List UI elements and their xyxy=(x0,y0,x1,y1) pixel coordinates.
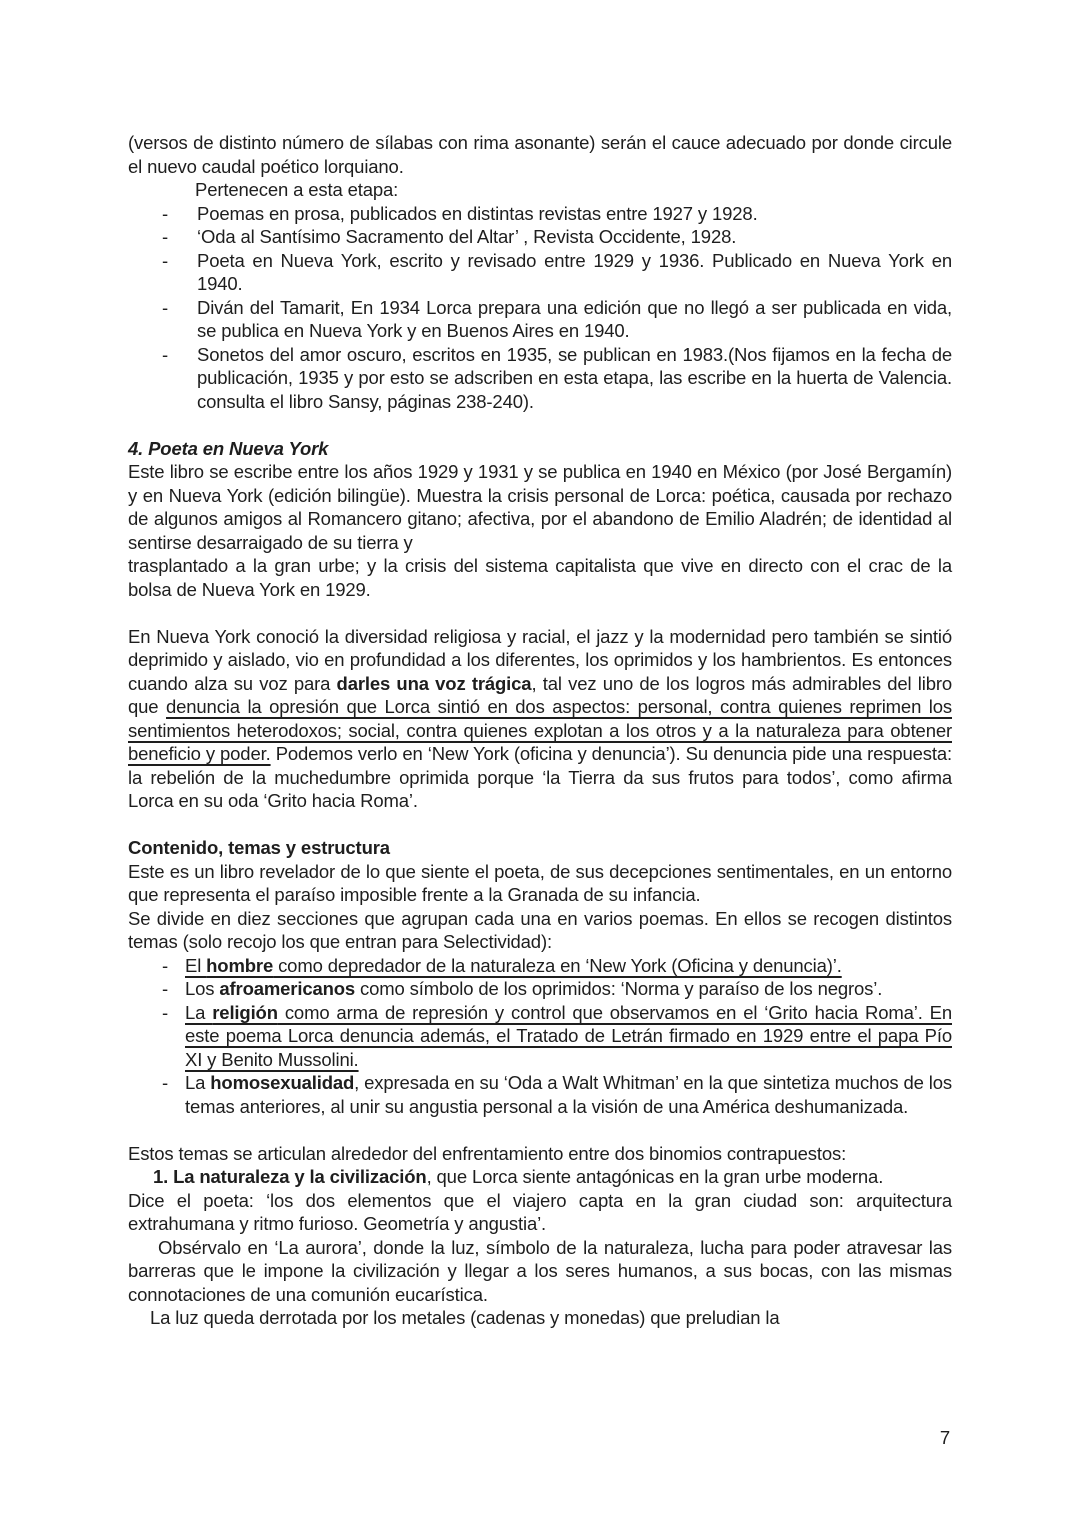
list-item: -La religión como arma de represión y co… xyxy=(128,1001,952,1072)
text-segment: Dice el poeta: ‘los dos elementos que el… xyxy=(128,1190,952,1235)
text-segment: La luz queda derrotada por los metales (… xyxy=(150,1307,779,1328)
bullet-marker: - xyxy=(162,225,168,249)
text-segment: hombre xyxy=(206,955,273,976)
page-number: 7 xyxy=(940,1426,950,1450)
text-segment: Este libro se escribe entre los años 192… xyxy=(128,461,952,553)
paragraph: Obsérvalo en ‘La aurora’, donde la luz, … xyxy=(128,1236,952,1307)
bullet-marker: - xyxy=(162,977,168,1001)
text-segment: 4. Poeta en Nueva York xyxy=(128,438,328,459)
bullet-marker: - xyxy=(162,249,168,273)
list-item: -Los afroamericanos como símbolo de los … xyxy=(128,977,952,1001)
text-segment: como arma de represión y control que obs… xyxy=(185,1002,952,1070)
blank-line xyxy=(128,1118,952,1142)
paragraph: 1. La naturaleza y la civilización, que … xyxy=(128,1165,952,1189)
bullet-marker: - xyxy=(162,1071,168,1095)
paragraph: Estos temas se articulan alrededor del e… xyxy=(128,1142,952,1166)
text-segment: La xyxy=(185,1072,210,1093)
list-item: -Poeta en Nueva York, escrito y revisado… xyxy=(128,249,952,296)
paragraph: Se divide en diez secciones que agrupan … xyxy=(128,907,952,954)
text-segment: (versos de distinto número de sílabas co… xyxy=(128,132,952,177)
paragraph: Este libro se escribe entre los años 192… xyxy=(128,460,952,601)
text-segment: Contenido, temas y estructura xyxy=(128,837,390,858)
list-item: -Sonetos del amor oscuro, escritos en 19… xyxy=(128,343,952,414)
section-heading: Contenido, temas y estructura xyxy=(128,836,952,860)
section-heading: 4. Poeta en Nueva York xyxy=(128,437,952,461)
blank-line xyxy=(128,413,952,437)
bullet-marker: - xyxy=(162,343,168,367)
paragraph: Pertenecen a esta etapa: xyxy=(128,178,952,202)
text-segment: 1. La naturaleza y la civilización xyxy=(153,1166,427,1187)
paragraph: Este es un libro revelador de lo que sie… xyxy=(128,860,952,907)
blank-line xyxy=(128,601,952,625)
bullet-marker: - xyxy=(162,202,168,226)
text-segment: Los xyxy=(185,978,219,999)
text-segment: como símbolo de los oprimidos: ‘Norma y … xyxy=(355,978,882,999)
text-segment: ‘Oda al Santísimo Sacramento del Altar’ … xyxy=(197,226,736,247)
paragraph: (versos de distinto número de sílabas co… xyxy=(128,131,952,178)
text-segment: trasplantado a la gran urbe; y la crisis… xyxy=(128,555,952,600)
text-segment: como depredador de la naturaleza en ‘New… xyxy=(273,955,842,976)
text-segment: afroamericanos xyxy=(219,978,355,999)
list-item: -Diván del Tamarit, En 1934 Lorca prepar… xyxy=(128,296,952,343)
text-segment: darles una voz trágica xyxy=(337,673,532,694)
text-segment: Este es un libro revelador de lo que sie… xyxy=(128,861,952,906)
text-segment: , que Lorca siente antagónicas en la gra… xyxy=(427,1166,884,1187)
text-segment: religión xyxy=(212,1002,278,1023)
blank-line xyxy=(128,813,952,837)
document-page: (versos de distinto número de sílabas co… xyxy=(0,0,1080,1525)
bullet-marker: - xyxy=(162,1001,168,1025)
paragraph: Dice el poeta: ‘los dos elementos que el… xyxy=(128,1189,952,1236)
text-segment: Obsérvalo en ‘La aurora’, donde la luz, … xyxy=(128,1237,952,1305)
list-item: -‘Oda al Santísimo Sacramento del Altar’… xyxy=(128,225,952,249)
text-segment: Se divide en diez secciones que agrupan … xyxy=(128,908,952,953)
list-item: -El hombre como depredador de la natural… xyxy=(128,954,952,978)
text-segment: homosexualidad xyxy=(210,1072,354,1093)
text-segment: La xyxy=(185,1002,212,1023)
text-segment: Diván del Tamarit, En 1934 Lorca prepara… xyxy=(197,297,952,342)
paragraph: En Nueva York conoció la diversidad reli… xyxy=(128,625,952,813)
list-item: -Poemas en prosa, publicados en distinta… xyxy=(128,202,952,226)
text-segment: Poemas en prosa, publicados en distintas… xyxy=(197,203,758,224)
paragraph: La luz queda derrotada por los metales (… xyxy=(128,1306,952,1330)
text-segment: El xyxy=(185,955,206,976)
text-segment: Sonetos del amor oscuro, escritos en 193… xyxy=(197,344,952,412)
text-segment: Pertenecen a esta etapa: xyxy=(195,179,398,200)
list-item: -La homosexualidad, expresada en su ‘Oda… xyxy=(128,1071,952,1118)
bullet-marker: - xyxy=(162,296,168,320)
document-body: (versos de distinto número de sílabas co… xyxy=(128,131,952,1330)
bullet-marker: - xyxy=(162,954,168,978)
text-segment: Estos temas se articulan alrededor del e… xyxy=(128,1143,846,1164)
text-segment: Poeta en Nueva York, escrito y revisado … xyxy=(197,250,952,295)
